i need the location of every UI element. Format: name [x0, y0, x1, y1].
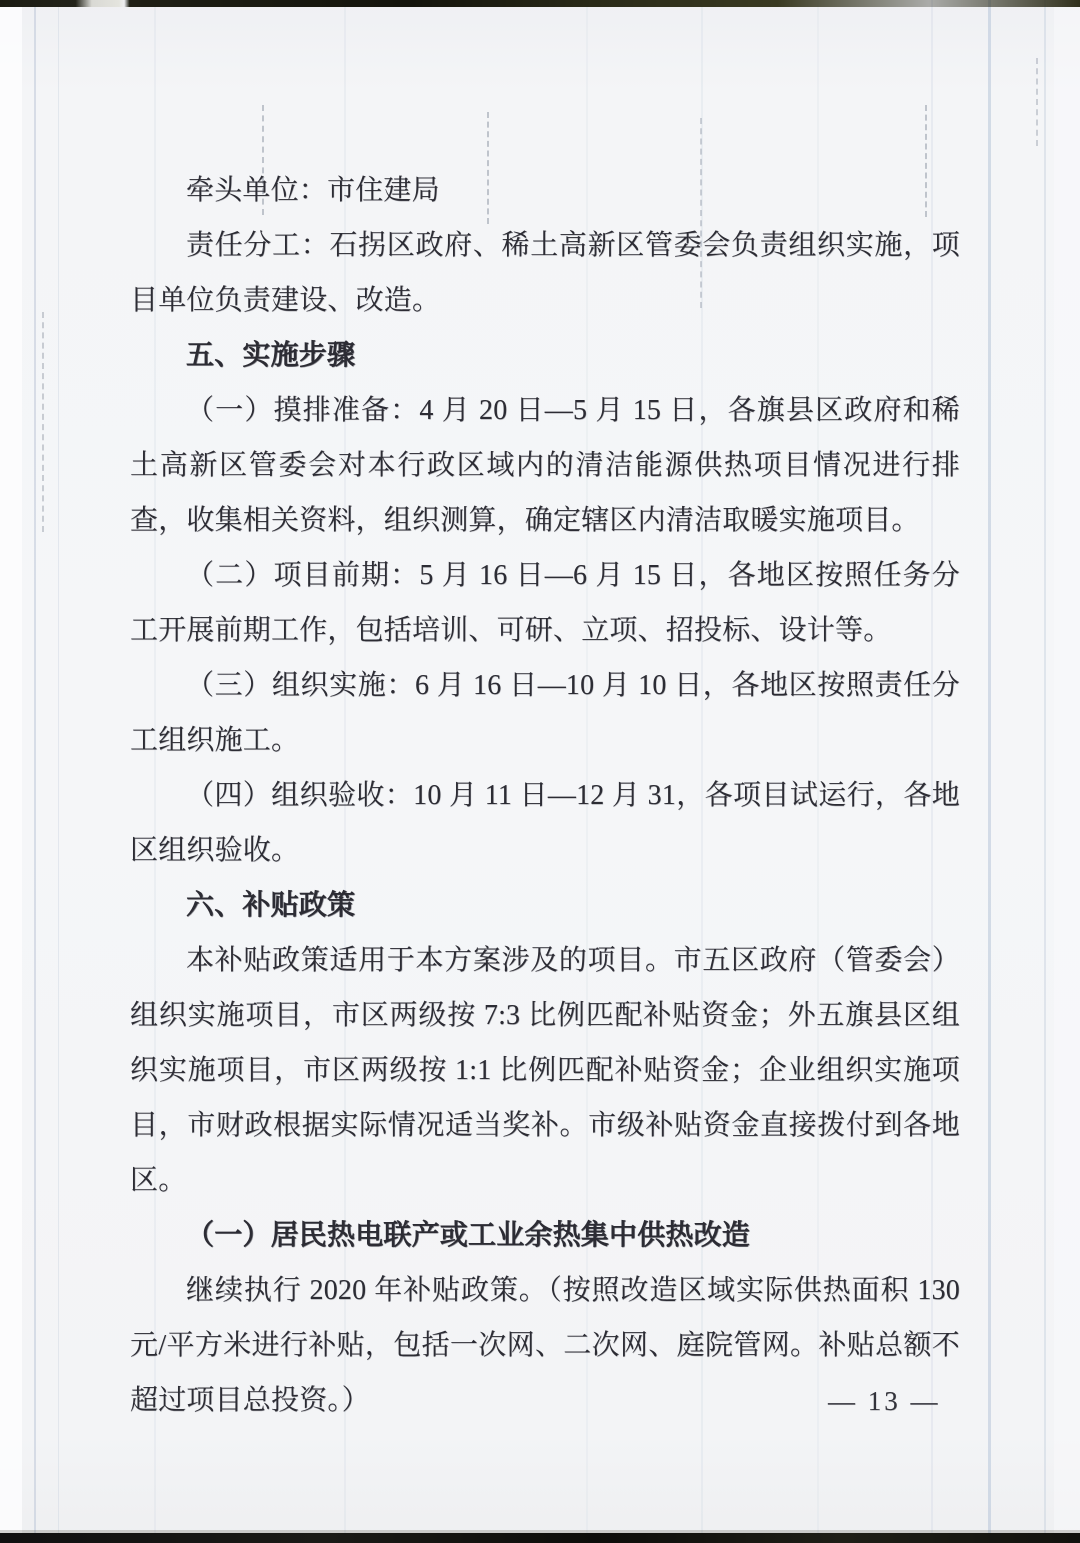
- paragraph-step-1-survey: （一）摸排准备：4 月 20 日—5 月 15 日，各旗县区政府和稀土高新区管委…: [130, 383, 960, 548]
- scan-margin-artifact-right: [1054, 0, 1080, 1543]
- paragraph-step-3-implement: （三）组织实施：6 月 16 日—10 月 10 日，各地区按照责任分工组织施工…: [130, 658, 960, 768]
- paragraph-step-2-early-stage: （二）项目前期：5 月 16 日—6 月 15 日，各地区按照任务分工开展前期工…: [130, 548, 960, 658]
- scan-streak-artifact: [988, 0, 991, 1543]
- scan-dash-artifact: [42, 312, 44, 532]
- scan-streak-artifact: [58, 0, 59, 1543]
- scanned-document-page: 牵头单位：市住建局 责任分工：石拐区政府、稀土高新区管委会负责组织实施，项目单位…: [0, 0, 1080, 1543]
- scan-streak-artifact: [1044, 0, 1046, 1543]
- scan-streak-artifact: [34, 0, 36, 1543]
- paragraph-lead-unit: 牵头单位：市住建局: [130, 163, 960, 218]
- scan-edge-top: [0, 0, 1080, 7]
- document-body: 牵头单位：市住建局 责任分工：石拐区政府、稀土高新区管委会负责组织实施，项目单位…: [130, 163, 960, 1428]
- paragraph-responsibility: 责任分工：石拐区政府、稀土高新区管委会负责组织实施，项目单位负责建设、改造。: [130, 218, 960, 328]
- heading-section-6-subsidy: 六、补贴政策: [130, 878, 960, 933]
- paragraph-step-4-acceptance: （四）组织验收：10 月 11 日—12 月 31，各项目试运行，各地区组织验收…: [130, 768, 960, 878]
- heading-section-5-steps: 五、实施步骤: [130, 328, 960, 383]
- scan-margin-artifact-left: [0, 0, 22, 1543]
- paragraph-subsidy-intro: 本补贴政策适用于本方案涉及的项目。市五区政府（管委会）组织实施项目，市区两级按 …: [130, 933, 960, 1208]
- page-number: — 13 —: [828, 1386, 941, 1417]
- heading-subsidy-item-1: （一）居民热电联产或工业余热集中供热改造: [130, 1208, 960, 1263]
- scan-edge-bottom: [0, 1533, 1080, 1543]
- scan-dash-artifact: [1036, 58, 1038, 146]
